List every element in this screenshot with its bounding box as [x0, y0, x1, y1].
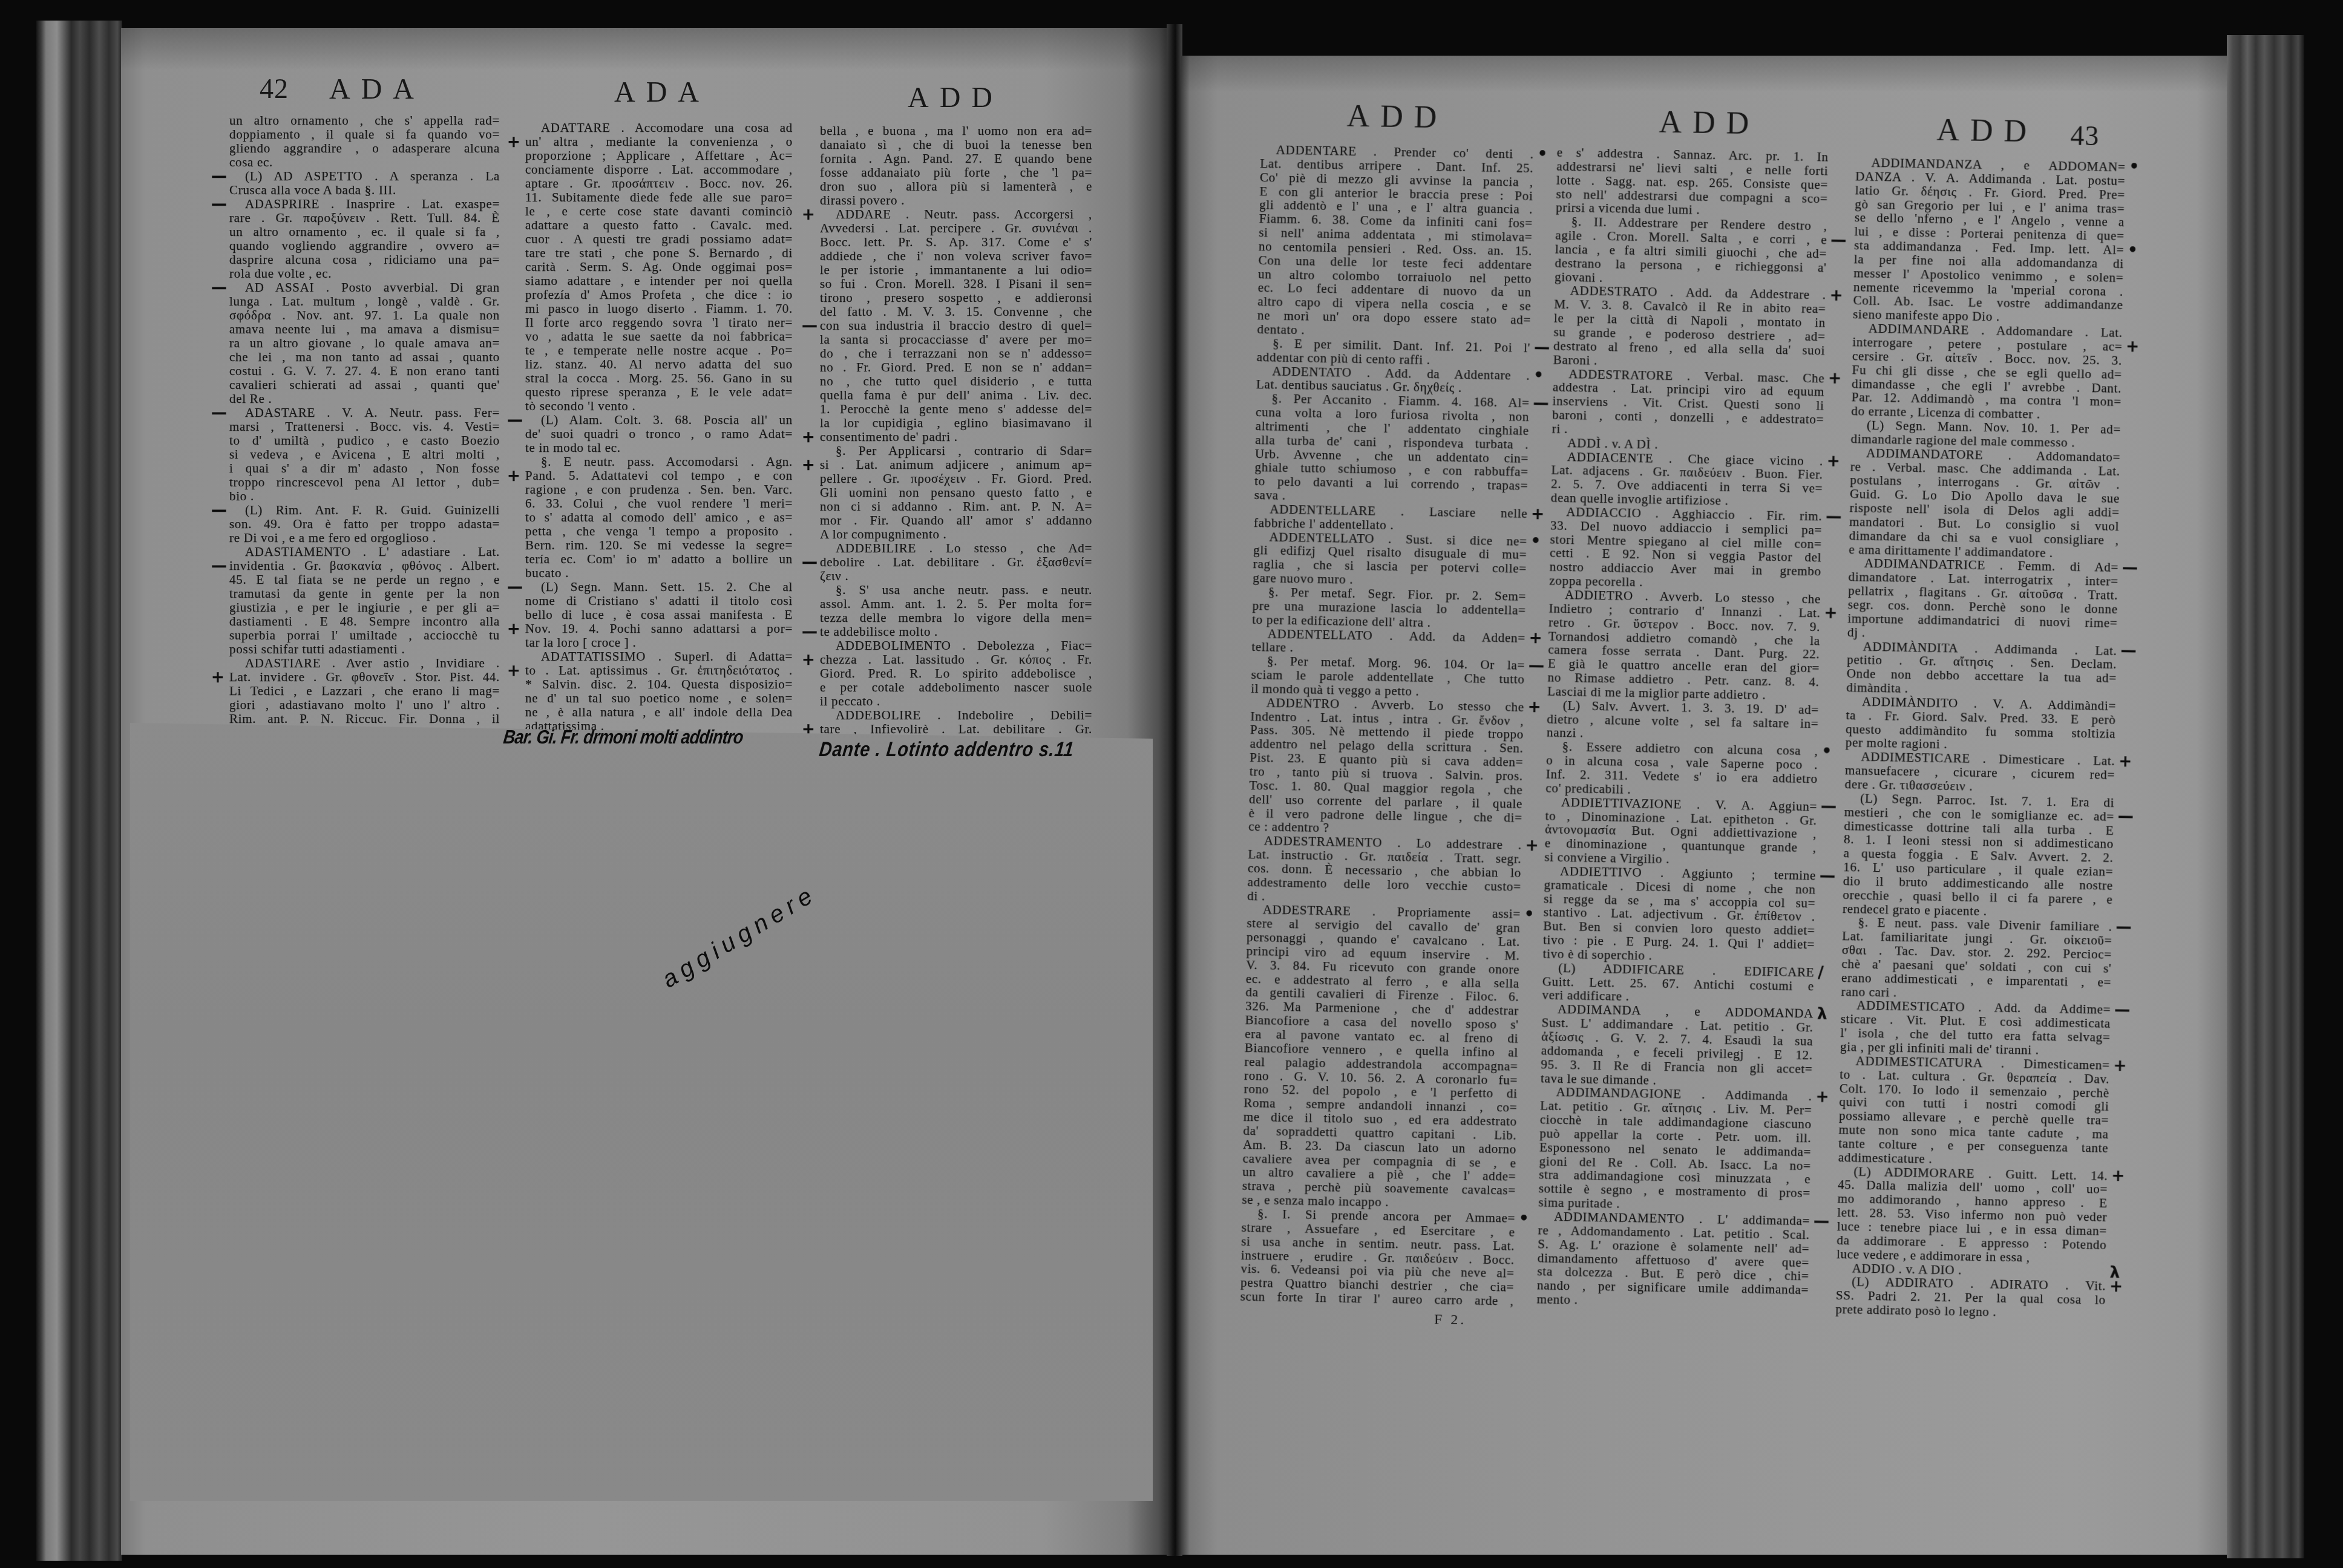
margin-annotation-icon: / — [1818, 965, 1824, 981]
text-line: dron suo , allora più si lamenterà , e — [820, 180, 1092, 194]
text-line: vo , adatta le sue saette da noi fabbric… — [525, 330, 793, 344]
entry-first-line: AD ASSAI . Posto avverbial. Di gran — [229, 281, 500, 295]
text-line: dirassi povero . — [820, 194, 1092, 207]
text-line: ne d' un tal suo poetico nome , e solen= — [525, 691, 793, 705]
margin-annotation-icon: — — [2120, 643, 2137, 659]
margin-annotation-icon: — — [1534, 340, 1550, 356]
text-line: 45. E tal fiata se ne perde un regno , e — [229, 573, 500, 587]
text-line: no . Fr. Giord. Pred. E non se n' addan= — [820, 361, 1092, 374]
text-line: tò secondo 'l vento . — [525, 399, 793, 413]
text-line: no , che tutto quel disiderio , e tutta — [820, 374, 1092, 388]
handwritten-note: Dante . Lotinto addentro s.11 — [818, 739, 1075, 760]
margin-annotation-icon: • — [1524, 907, 1535, 923]
text-line: tar la loro [ croce ] . — [525, 636, 793, 650]
margin-annotation-icon: + — [1815, 1089, 1829, 1105]
right-page: ADD ADD ADD 43 ADDENTARE . Prender co' d… — [1181, 56, 2228, 1555]
entry-first-line: (L) Segn. Mann. Sett. 15. 2. Che al — [525, 580, 793, 594]
margin-annotation-icon: — — [1820, 868, 1836, 884]
text-line: Li Tedici , e Lazzari , che erano li mag… — [229, 684, 500, 698]
printer-signature-mark: F 2. — [1434, 1312, 1467, 1327]
margin-annotation-icon: + — [2119, 754, 2132, 769]
text-line: Nov. 19. 4. Pochi sanno adattarsi a por= — [525, 622, 793, 636]
margin-annotation-icon: — — [1533, 396, 1549, 411]
text-line: bello di luce , è cosa assai manifesta .… — [525, 608, 793, 622]
text-line: cavalieri schierati ad assai , quanti qu… — [229, 378, 500, 392]
text-line: te in modo tal ec. — [525, 441, 793, 455]
margin-annotation-icon: + — [507, 134, 521, 150]
text-line: un altro ornamento , ec. il quale si fa … — [229, 225, 500, 239]
text-line: giustizia , e per le ingiurie , e per gl… — [229, 601, 500, 615]
margin-annotation-icon: — — [2118, 809, 2134, 825]
text-line: invidentia . Gr. βασκανία , φθόνος . Alb… — [229, 559, 500, 573]
margin-annotation-icon: — — [507, 413, 523, 428]
text-line: son. 49. Ora è fatto per troppo adasta= — [229, 517, 500, 531]
text-line: si vedeva , e Avicena , E altri molti , — [229, 448, 500, 462]
running-head: ADD — [1346, 100, 1448, 134]
text-line: amava neente lui , ma amava a dismisu= — [229, 322, 500, 336]
text-line: del fatto . M. V. 3. 15. Convenne , che — [820, 305, 1092, 319]
text-line: bio . — [229, 489, 500, 503]
margin-annotation-icon: + — [1528, 699, 1542, 715]
page-number: 43 — [2070, 122, 2100, 150]
text-line: le , e certe cose state davanti cominciò — [525, 204, 793, 218]
margin-annotation-icon: + — [211, 670, 225, 685]
margin-annotation-icon: + — [2111, 1168, 2125, 1184]
text-line: marsi , Trattenersi . Bocc. vis. 4. Vest… — [229, 420, 500, 434]
text-line: Giord. Pred. R. Lo spirito addebolisce , — [820, 667, 1092, 681]
text-line: siamo adattare , e intender per noi quel… — [525, 274, 793, 288]
text-line: Lat. invidere . Gr. φθονεῖν . Stor. Pist… — [229, 670, 500, 684]
text-line: Crusca alla voce A bada §. III. — [229, 183, 500, 197]
text-line: Pand. 5. Adattatevi col tempo , e con — [525, 469, 793, 483]
entry-first-line: ADASTARE . V. A. Neutr. pass. Fer= — [229, 406, 500, 420]
text-line: so fui . Cron. Morell. 328. I Pisani il … — [820, 277, 1092, 291]
text-line: tirono , presero sospetto , e addieronsi — [820, 291, 1092, 305]
text-line: non ci si addanno . Rim. ant. P. N. A= — [820, 500, 1092, 514]
entry-first-line: ADASTIARE . Aver astio , Invidiare . — [229, 656, 500, 670]
margin-annotation-icon: • — [1530, 534, 1541, 549]
right-page-text-block: ADD ADD ADD 43 ADDENTARE . Prender co' d… — [1239, 143, 2131, 1356]
text-line: mi pasco in luogo diserto . Fiamm. 1. 70… — [525, 302, 793, 316]
margin-annotation-icon: + — [802, 207, 816, 223]
running-head: ADA — [329, 75, 425, 104]
margin-annotation-icon: + — [1824, 606, 1838, 621]
text-column-2: e s' addestra . Sannaz. Arc. pr. 1. Inad… — [1537, 146, 1829, 1311]
margin-annotation-icon: • — [1533, 368, 1544, 384]
margin-annotation-icon: — — [211, 197, 228, 212]
text-column-3: ADDIMANDANZA , e ADDOMAN=DANZA . V. A. A… — [1835, 155, 2125, 1321]
text-line: ragione , e con prudenza . Sen. ben. Var… — [525, 483, 793, 497]
text-line: Bocc. lett. Pr. S. Ap. 317. Come e' s' — [820, 235, 1092, 249]
text-line: la lor cupidigia , eglino biasimavano il — [820, 416, 1092, 430]
text-line: liz. stanz. 40. Al nervo adatta del suo — [525, 358, 793, 371]
text-line: to d' umiltà , pudico , e casto Boezio — [229, 434, 500, 448]
text-line: e per cotale addebolimento nascer suole — [820, 681, 1092, 694]
margin-annotation-icon: λ — [1817, 1006, 1828, 1022]
text-line: superbia porrai l' umiltade , acciocchè … — [229, 629, 500, 642]
text-line: consentimento de' padri . — [820, 430, 1092, 444]
text-line: adattare a questo fatto . Cavalc. med. — [525, 218, 793, 232]
text-line: profezía d' Amos Profeta , che dice : io — [525, 288, 793, 302]
margin-annotation-icon: — — [211, 169, 228, 185]
text-line: doppiamento , il quale si fa quando vo= — [229, 128, 500, 142]
text-line: A lor compugnimento . — [820, 528, 1092, 541]
margin-annotation-icon: + — [507, 468, 521, 484]
text-line: σφόδρα . Nov. ant. 97. 1. La quale non — [229, 309, 500, 322]
margin-annotation-icon: — — [1830, 232, 1847, 248]
text-line: ra un altro giovane , lo quale amava an= — [229, 336, 500, 350]
text-line: Avvedersi . Lat. percipere . Gr. συνιένα… — [820, 221, 1092, 235]
entry-first-line: (L) Rim. Ant. F. R. Guid. Guinizelli — [229, 503, 500, 517]
text-line: ne , è alla natura , e all' indole della… — [525, 705, 793, 719]
text-line: addiede , che i' non voleva scriver favo… — [820, 249, 1092, 263]
margin-annotation-icon: • — [1538, 146, 1548, 162]
text-line: questo riprese speranza , E le vele adat… — [525, 385, 793, 399]
margin-annotation-icon: — — [1529, 658, 1545, 674]
margin-annotation-icon: — — [2114, 1002, 2131, 1018]
text-line: 1. Perocchè la gente meno s' addesse del… — [820, 402, 1092, 416]
text-line: danaiato sì , che di buoi la tenesse ben — [820, 138, 1092, 152]
text-line: quella fama è pur dell' anima . Liv. dec… — [820, 388, 1092, 402]
margin-annotation-icon: — — [211, 503, 228, 518]
text-line: Gli uomini non pensano questo fatto , e — [820, 486, 1092, 500]
page-number: 42 — [260, 75, 289, 103]
text-line: petta , che venga 'l tempo a proposito . — [525, 524, 793, 538]
text-line: costui . G. V. 7. 27. 4. E non erano tan… — [229, 364, 500, 378]
text-line: mor . Fir. Quando all' amor s' addanno — [820, 514, 1092, 528]
text-line: la santa si procacciasse d' avere per mo… — [820, 333, 1092, 347]
text-line: dastiamenti . E 48. Sempre incontro alla — [229, 615, 500, 629]
text-line: Rim. ant. P. N. Riccuc. Fir. Donna , il — [229, 712, 500, 726]
text-line: Bern. rim. 120. Se mi vedesse la segre= — [525, 538, 793, 552]
text-line: do , che i terrazzani non se n' addesso= — [820, 347, 1092, 361]
entry-first-line: (L) Alam. Colt. 3. 68. Poscia all' un — [525, 413, 793, 427]
margin-annotation-icon: + — [2113, 1058, 2127, 1074]
text-line: to s' adatta al comodo dell' amico , e a… — [525, 511, 793, 524]
margin-annotation-icon: + — [802, 457, 816, 473]
text-line: bucato . — [525, 566, 793, 580]
handwritten-note: Bar. Gi. Fr. drmoni molti addintro — [502, 727, 744, 746]
text-line: fosse addanaiato più forte , che 'l pa= — [820, 166, 1092, 180]
text-line: rare . Gr. παροξύνειν . Rett. Tull. 84. … — [229, 211, 500, 225]
text-line: cuor . A questi tre gradi possiamo adat= — [525, 232, 793, 246]
entry-first-line: §. S' usa anche neutr. pass. e neutr. — [820, 583, 1092, 597]
entry-first-line: (L) AD ASPETTO . A speranza . La — [229, 169, 500, 183]
text-line: stral la cocca . Morg. 25. 56. Gano in s… — [525, 371, 793, 385]
margin-annotation-icon: — — [1814, 1214, 1830, 1229]
text-line: Il forte arco reggendo sovra 'l tirato n… — [525, 316, 793, 330]
text-line: il peccato . — [820, 694, 1092, 708]
text-column-2: ADATTARE . Accomodare una cosa adun' alt… — [525, 121, 793, 733]
margin-annotation-icon: — — [211, 280, 228, 296]
running-head: ADD — [1936, 115, 2038, 148]
text-line: fornita . Agn. Pand. 27. E quando bene — [820, 152, 1092, 166]
text-line: conciamente disporre . Lat. accommodare … — [525, 163, 793, 177]
margin-annotation-icon: + — [802, 652, 816, 668]
text-line: proporzione ; Applicare , Affettare , Ac… — [525, 149, 793, 163]
left-page-edges — [36, 21, 122, 1561]
text-line: te addebilisce molto . — [820, 625, 1092, 639]
text-line: te , e temperate nelle nostre acque . Po… — [525, 344, 793, 358]
entry-first-line: ADASPRIRE . Inasprire . Lat. exaspe= — [229, 197, 500, 211]
margin-annotation-icon: — — [802, 624, 818, 640]
entry-first-line: ADDARE . Neutr. pass. Accorgersi , — [820, 207, 1092, 221]
text-line: 11. Subitamente diede fede alle sue paro… — [525, 191, 793, 204]
running-head: ADA — [614, 78, 710, 107]
margin-annotation-icon: — — [1826, 509, 1842, 524]
margin-annotation-icon: + — [507, 663, 521, 679]
text-line: possi schifar tutti adastiamenti . — [229, 642, 500, 656]
text-line: i quai s' a dir m' adasto , Non fosse — [229, 462, 500, 475]
pasted-paper-sheet — [130, 719, 1153, 1501]
text-line: aptare . Gr. προσάπτειν . Bocc. nov. 26. — [525, 177, 793, 191]
running-head: ADD — [1659, 106, 1760, 140]
running-head: ADD — [908, 83, 1003, 113]
margin-annotation-icon: — — [802, 555, 818, 570]
entry-first-line: ADDEBOLIRE . Indebolire , Debili= — [820, 708, 1092, 722]
text-line: ζειν . — [820, 569, 1092, 583]
margin-annotation-icon: + — [1830, 287, 1844, 303]
text-line: tezza delle membra lo vigore della men= — [820, 611, 1092, 625]
entry-first-line: un altro ornamento , che s' appella rad= — [229, 114, 500, 128]
text-line: de' suoi quadri o tronco , o ramo Adat= — [525, 427, 793, 441]
margin-annotation-icon: — — [1821, 799, 1837, 815]
left-page: 42 ADA ADA ADD un altro ornamento , che … — [121, 28, 1169, 1555]
text-line: quando vogliendo aggrandire , ovvero a= — [229, 239, 500, 253]
text-line: tare , Infievolirè . Lat. debilitare . G… — [820, 722, 1092, 736]
margin-annotation-icon: • — [2128, 243, 2138, 258]
text-line: re Di voi , e a me fero ed orgoglioso . — [229, 531, 500, 545]
text-line: gliendo aggrandire , o adasperare alcuna — [229, 142, 500, 155]
text-line: tramutasi da gente in gente per la non — [229, 587, 500, 601]
right-page-edges — [2227, 35, 2304, 1558]
entry-first-line: bella , e buona , ma l' uomo non era ad= — [820, 124, 1092, 138]
entry-first-line: ADATTARE . Accomodare una cosa ad — [525, 121, 793, 135]
entry-first-line: §. E neutr. pass. Accomodarsi . Agn. — [525, 455, 793, 469]
text-line: si . Lat. animum adjicere , animum ap= — [820, 458, 1092, 472]
text-line: tería ec. Com' io m' adatto a bollire un — [525, 552, 793, 566]
text-line: lunga . Lat. multum , longè , valdè . Gr… — [229, 295, 500, 309]
margin-annotation-icon: + — [1531, 506, 1545, 521]
text-line: del Re . — [229, 392, 500, 406]
margin-annotation-icon: + — [2109, 1279, 2123, 1295]
text-line: * Salvin. disc. 2. 104. Questa disposizi… — [525, 678, 793, 691]
text-column-1: ADDENTARE . Prender co' denti .Lat. dent… — [1240, 143, 1534, 1308]
text-line: che lei , ma non tanto ad assai , quanto — [229, 350, 500, 364]
margin-annotation-icon: — — [2122, 560, 2138, 576]
text-line: con sua industria il braccio destro di q… — [820, 319, 1092, 333]
entry-first-line: ADATTATISSIMO . Superl. di Adatta= — [525, 650, 793, 664]
margin-annotation-icon: • — [2129, 159, 2140, 175]
margin-annotation-icon: + — [1828, 370, 1842, 386]
margin-annotation-icon: • — [1519, 1211, 1530, 1227]
margin-annotation-icon: + — [1525, 838, 1539, 854]
margin-annotation-icon: — — [507, 580, 523, 595]
text-line: dasprire alcuna cosa , ridiciamo una pa= — [229, 253, 500, 267]
text-line: cosa ec. — [229, 155, 500, 169]
margin-annotation-icon: — — [211, 405, 228, 421]
text-line: 6. 33. Colui , che vuol rendere 'l meri= — [525, 497, 793, 511]
text-line: le per istorie , immantanente a lui odio… — [820, 263, 1092, 277]
text-line: nome di Cristiano s' adatti il titolo co… — [525, 594, 793, 608]
text-line: to . Lat. aptissimus . Gr. ἐπιτηδειότατο… — [525, 664, 793, 678]
text-line: assol. Amm. ant. 1. 2. 5. Per molta for= — [820, 597, 1092, 611]
text-line: un' altra , mediante la convenienza , o — [525, 135, 793, 149]
margin-annotation-icon: — — [2115, 920, 2132, 935]
entry-first-line: ADASTIAMENTO . L' adastiare . Lat. — [229, 545, 500, 559]
margin-annotation-icon: + — [2126, 339, 2140, 354]
margin-annotation-icon: + — [802, 430, 816, 445]
text-line: carità . Serm. S. Ag. Onde oggimai pos= — [525, 260, 793, 274]
text-line: giori , adastiavano molto l' uno l' altr… — [229, 698, 500, 712]
book-spread-scan: 42 ADA ADA ADD un altro ornamento , che … — [0, 0, 2343, 1568]
margin-annotation-icon: + — [507, 621, 521, 637]
entry-first-line: §. Per Applicarsi , contrario di Sdar= — [820, 444, 1092, 458]
text-column-1: un altro ornamento , che s' appella rad=… — [229, 114, 500, 726]
margin-annotation-icon: + — [1529, 630, 1543, 646]
text-line: rola due volte , ec. — [229, 267, 500, 281]
margin-annotation-icon: — — [211, 558, 228, 574]
entry-first-line: ADDEBILIRE . Lo stesso , che Ad= — [820, 541, 1092, 555]
text-line: debolire . Lat. debilitare . Gr. ἐξασθεν… — [820, 555, 1092, 569]
margin-annotation-icon: — — [802, 318, 818, 334]
text-line: tare tre stati , che pone S. Bernardo , … — [525, 246, 793, 260]
text-column-3: bella , e buona , ma l' uomo non era ad=… — [820, 124, 1092, 736]
text-line: chezza . Lat. lassitudo . Gr. κόπος . Fr… — [820, 653, 1092, 667]
text-line: troppo rincrescevol pena Al lettor , dub… — [229, 475, 500, 489]
entry-first-line: ADDEBOLIMENTO . Debolezza , Fiac= — [820, 639, 1092, 653]
margin-annotation-icon: + — [1827, 454, 1841, 469]
margin-annotation-icon: • — [1821, 743, 1832, 759]
book-gutter — [1167, 24, 1182, 1556]
text-line: pellere . Gr. προσέχειν . Fr. Giord. Pre… — [820, 472, 1092, 486]
